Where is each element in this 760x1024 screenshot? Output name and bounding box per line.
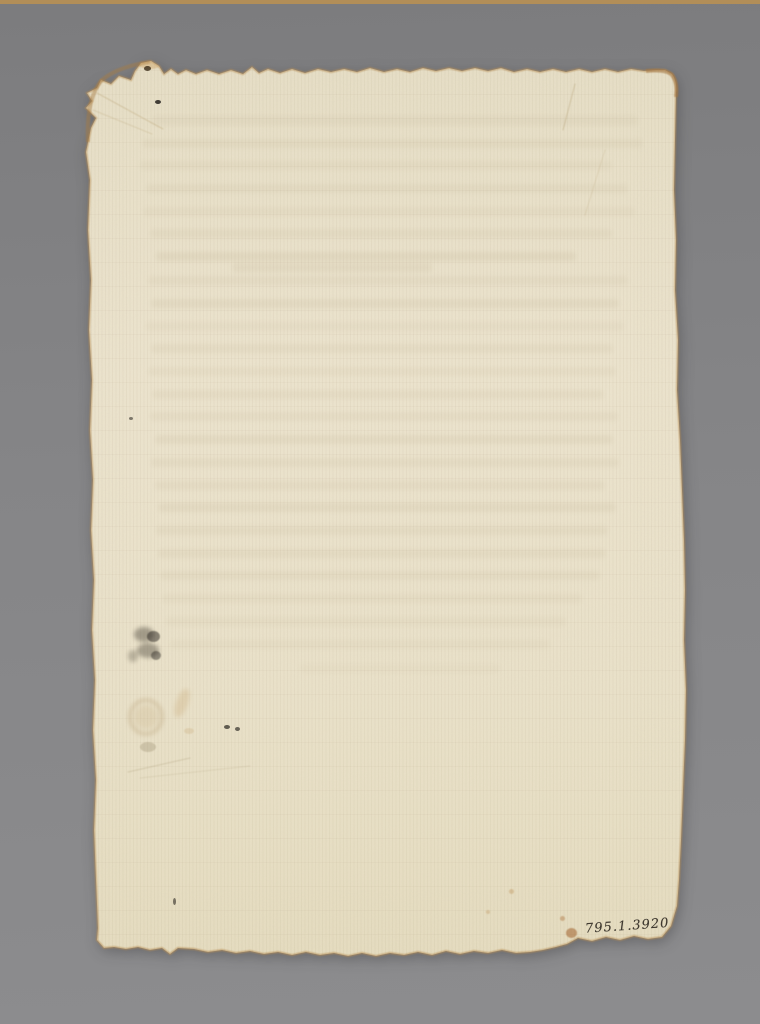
photo-backdrop: 795.1.3920 (0, 0, 760, 1024)
paper-sheet-svg (0, 0, 760, 1024)
